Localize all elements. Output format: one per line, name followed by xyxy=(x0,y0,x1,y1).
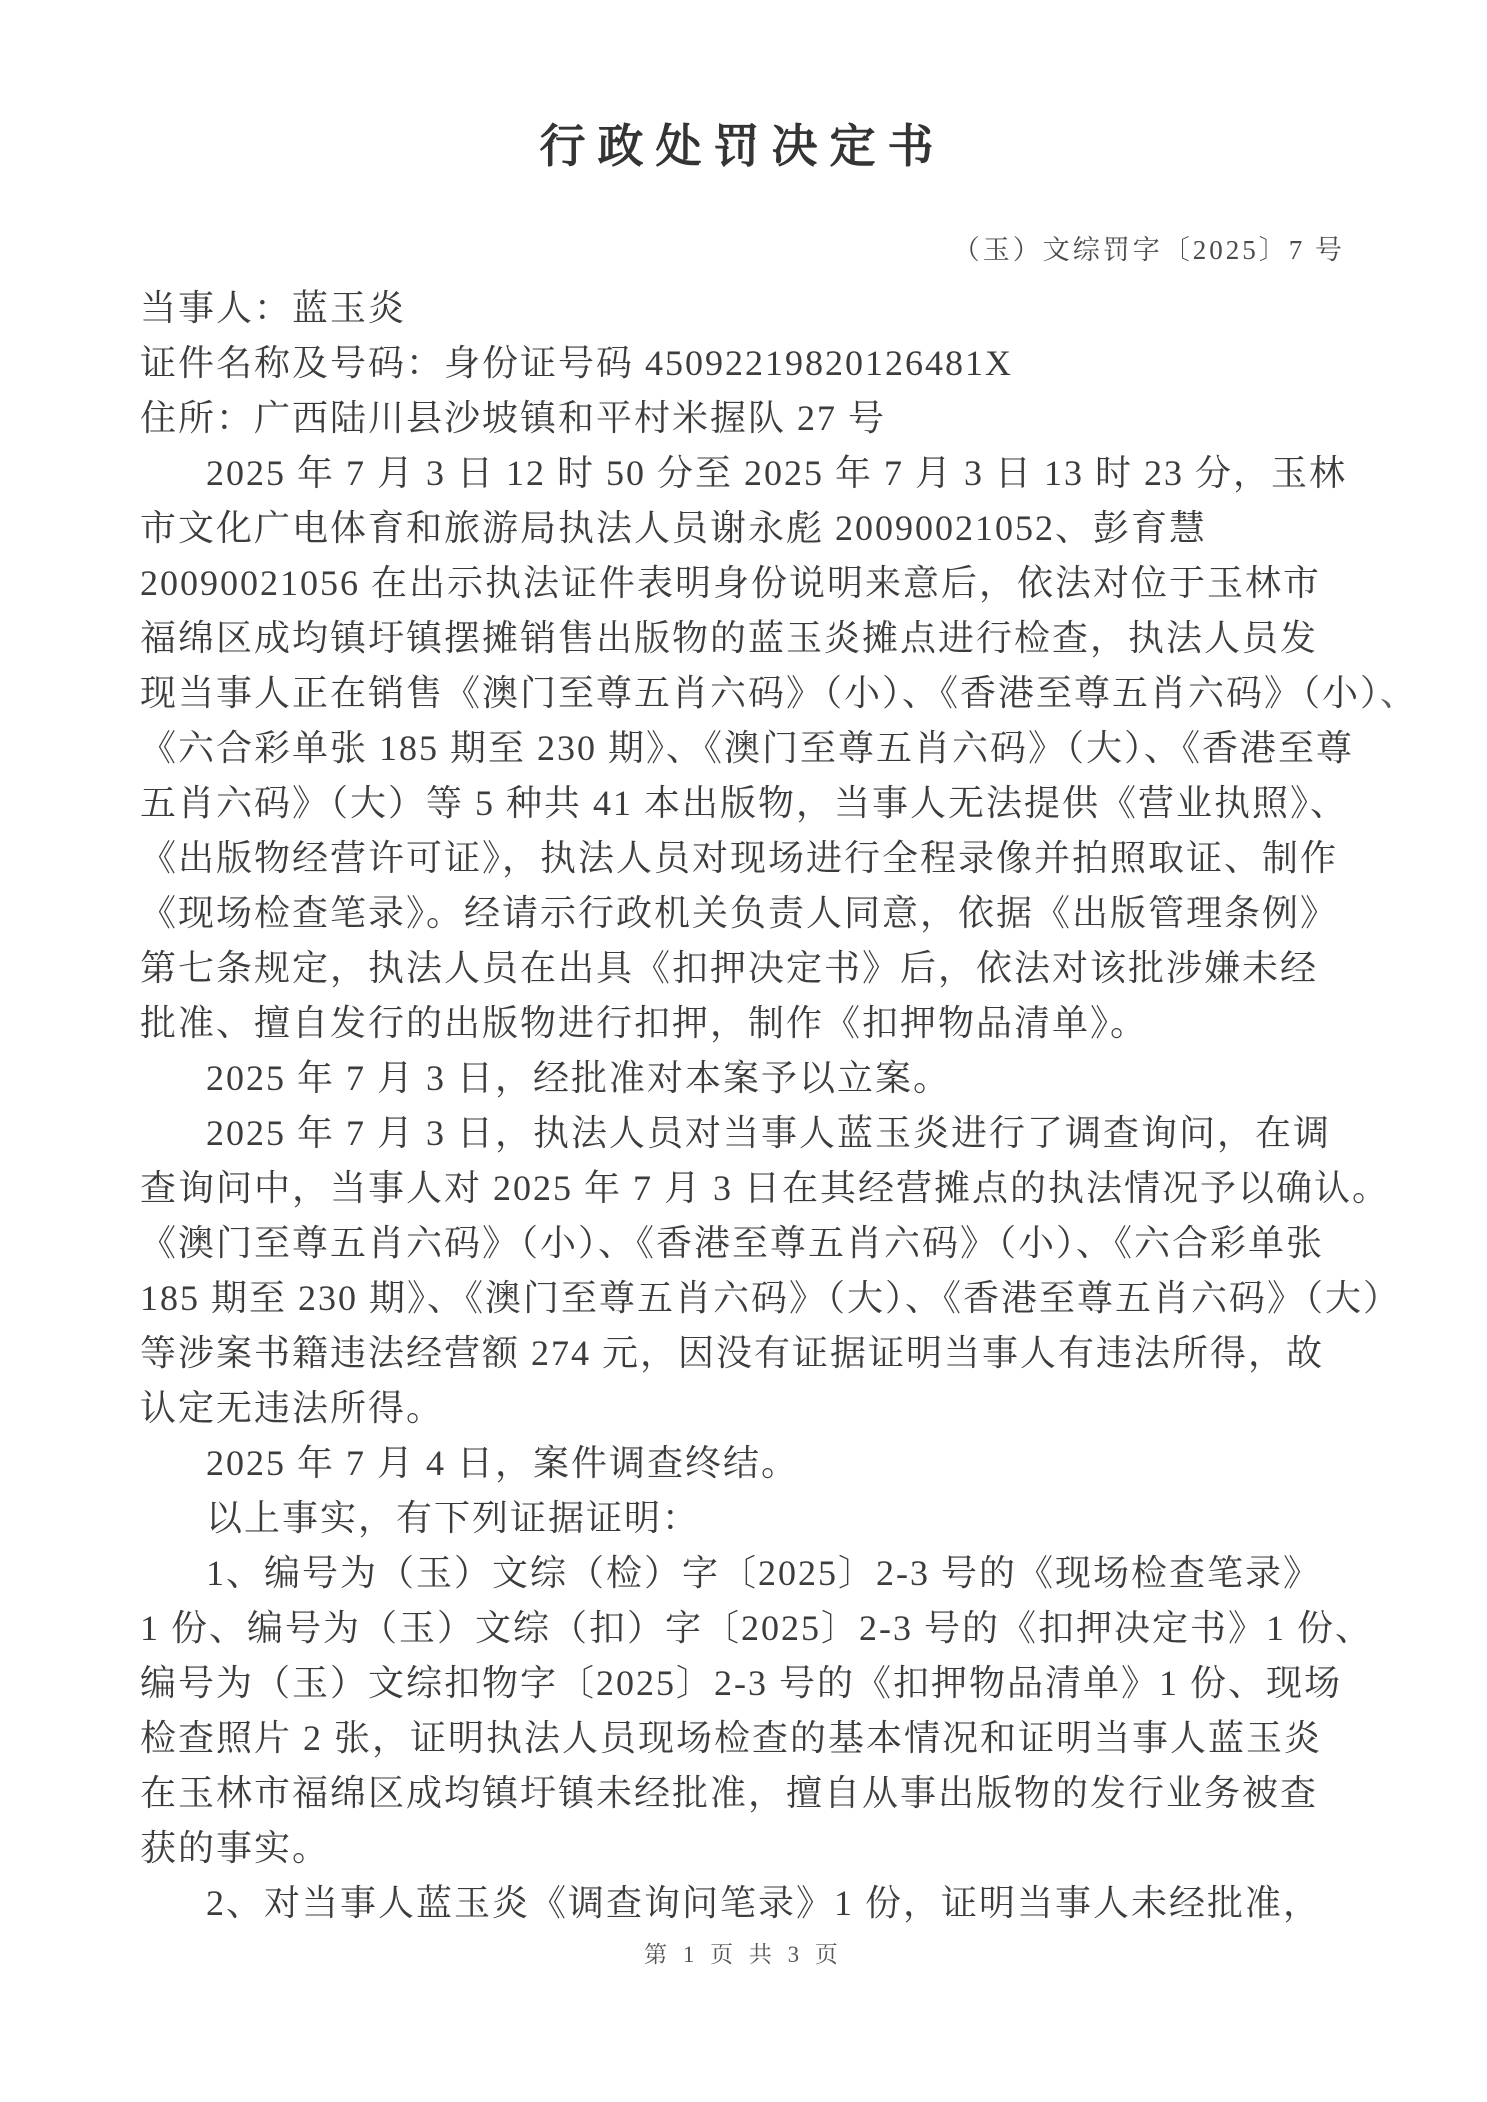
text-line: 证件名称及号码：身份证号码 45092219820126481X xyxy=(140,336,1345,391)
text-line: 1、编号为（玉）文综（检）字〔2025〕2-3 号的《现场检查笔录》 xyxy=(140,1546,1345,1601)
text-line: 《现场检查笔录》。经请示行政机关负责人同意，依据《出版管理条例》 xyxy=(140,886,1345,941)
text-line: 2025 年 7 月 4 日，案件调查终结。 xyxy=(140,1436,1345,1491)
text-line: 《六合彩单张 185 期至 230 期》、《澳门至尊五肖六码》（大）、《香港至尊 xyxy=(140,721,1345,776)
text-line: 在玉林市福绵区成均镇圩镇未经批准，擅自从事出版物的发行业务被查 xyxy=(140,1766,1345,1821)
text-line: 2、对当事人蓝玉炎《调查询问笔录》1 份，证明当事人未经批准， xyxy=(140,1876,1345,1931)
text-line: 当事人：蓝玉炎 xyxy=(140,281,1345,336)
text-line: 市文化广电体育和旅游局执法人员谢永彪 20090021052、彭育慧 xyxy=(140,501,1345,556)
document-content: 行政处罚决定书 （玉）文综罚字〔2025〕7 号 当事人：蓝玉炎证件名称及号码：… xyxy=(0,0,1487,1931)
text-line: 现当事人正在销售《澳门至尊五肖六码》（小）、《香港至尊五肖六码》（小）、 xyxy=(140,666,1345,721)
text-line: 2025 年 7 月 3 日 12 时 50 分至 2025 年 7 月 3 日… xyxy=(140,446,1345,501)
text-line: 等涉案书籍违法经营额 274 元，因没有证据证明当事人有违法所得，故 xyxy=(140,1326,1345,1381)
text-line: 查询问中，当事人对 2025 年 7 月 3 日在其经营摊点的执法情况予以确认。 xyxy=(140,1161,1345,1216)
document-title: 行政处罚决定书 xyxy=(140,112,1345,182)
text-line: 1 份、编号为（玉）文综（扣）字〔2025〕2-3 号的《扣押决定书》1 份、 xyxy=(140,1601,1345,1656)
text-line: 检查照片 2 张，证明执法人员现场检查的基本情况和证明当事人蓝玉炎 xyxy=(140,1711,1345,1766)
text-line: 批准、擅自发行的出版物进行扣押，制作《扣押物品清单》。 xyxy=(140,996,1345,1051)
page-number-footer: 第 1 页 共 3 页 xyxy=(0,1936,1487,1969)
text-line: 2025 年 7 月 3 日，执法人员对当事人蓝玉炎进行了调查询问，在调 xyxy=(140,1106,1345,1161)
text-line: 获的事实。 xyxy=(140,1821,1345,1876)
text-line: 20090021056 在出示执法证件表明身份说明来意后，依法对位于玉林市 xyxy=(140,556,1345,611)
text-line: 2025 年 7 月 3 日，经批准对本案予以立案。 xyxy=(140,1051,1345,1106)
text-line: 第七条规定，执法人员在出具《扣押决定书》后，依法对该批涉嫌未经 xyxy=(140,941,1345,996)
text-line: 编号为（玉）文综扣物字〔2025〕2-3 号的《扣押物品清单》1 份、现场 xyxy=(140,1656,1345,1711)
scanned-document-page: 行政处罚决定书 （玉）文综罚字〔2025〕7 号 当事人：蓝玉炎证件名称及号码：… xyxy=(0,0,1487,2102)
text-line: 《澳门至尊五肖六码》（小）、《香港至尊五肖六码》（小）、《六合彩单张 xyxy=(140,1216,1345,1271)
text-line: 五肖六码》（大）等 5 种共 41 本出版物，当事人无法提供《营业执照》、 xyxy=(140,776,1345,831)
document-number: （玉）文综罚字〔2025〕7 号 xyxy=(140,228,1345,267)
text-line: 福绵区成均镇圩镇摆摊销售出版物的蓝玉炎摊点进行检查，执法人员发 xyxy=(140,611,1345,666)
document-body: 当事人：蓝玉炎证件名称及号码：身份证号码 45092219820126481X住… xyxy=(140,281,1345,1931)
text-line: 认定无违法所得。 xyxy=(140,1381,1345,1436)
text-line: 住所：广西陆川县沙坡镇和平村米握队 27 号 xyxy=(140,391,1345,446)
text-line: 185 期至 230 期》、《澳门至尊五肖六码》（大）、《香港至尊五肖六码》（大… xyxy=(140,1271,1345,1326)
text-line: 以上事实，有下列证据证明： xyxy=(140,1491,1345,1546)
text-line: 《出版物经营许可证》，执法人员对现场进行全程录像并拍照取证、制作 xyxy=(140,831,1345,886)
